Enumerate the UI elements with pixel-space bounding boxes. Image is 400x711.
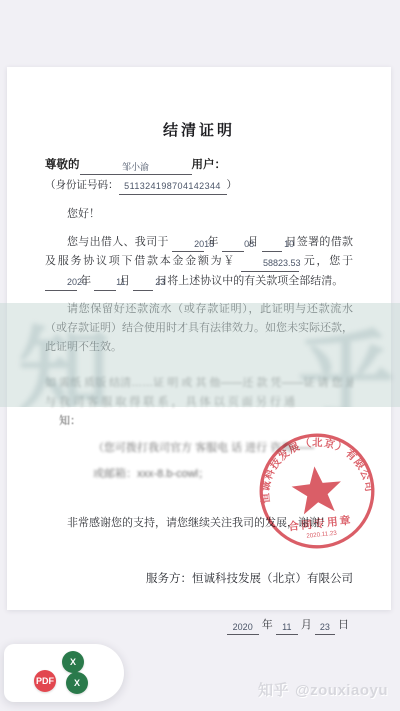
document-body: 结清证明 尊敬的邹小渝用户： （身份证号码：511324198704142344… xyxy=(7,67,391,635)
settle-year-blank: 2020 xyxy=(45,276,77,291)
date-year-blank: 2020 xyxy=(227,621,259,636)
service-provider-line: 服务方：恒诚科技发展（北京）有限公司 xyxy=(45,569,353,589)
floating-file-widget[interactable]: X PDF X xyxy=(4,644,124,702)
certificate-document: 结清证明 尊敬的邹小渝用户： （身份证号码：511324198704142344… xyxy=(7,67,391,610)
id-number-line: （身份证号码：511324198704142344） xyxy=(45,176,353,194)
id-number-blank: 511324198704142344 xyxy=(119,180,227,195)
closing-thanks: 非常感谢您的支持，请您继续关注我司的发展，谢谢！ xyxy=(45,514,353,533)
paragraph-legal-notice: 请您保留好还款流水（或存款证明），此证明与还款流水（或存款证明）结合使用时才具有… xyxy=(45,300,353,358)
greeting-prefix: 尊敬的 xyxy=(45,159,80,171)
zhihu-attribution: 知乎@zouxiaoyu xyxy=(258,679,388,700)
sign-month-blank: 08 xyxy=(222,238,244,253)
redacted-line-tail: 知： xyxy=(59,412,353,431)
id-label: （身份证号码： xyxy=(45,179,119,191)
year-unit: 年 xyxy=(80,275,91,287)
principal-amount-blank: 58823.53 xyxy=(241,257,299,272)
excel-file-icon[interactable]: X xyxy=(62,651,84,673)
paragraph-loan-settlement: 您与出借人、我司于 2018 年 08 月 10 日签署的借款及服务协议项下借款… xyxy=(45,233,353,291)
signature-date-line: 2020 年 11 月 23 日 xyxy=(45,616,353,635)
settle-month-blank: 11 xyxy=(94,276,116,291)
redacted-block: 如 需纸 质版 结清……证 明 或 其 他——还 款 凭——证 请 您 通 过 … xyxy=(45,374,353,484)
redacted-line: 如 需纸 质版 结清……证 明 或 其 他——还 款 凭——证 请 您 通 过 … xyxy=(45,374,353,393)
para1-text: 您与出借人、我司于 xyxy=(67,236,169,248)
month-unit: 月 xyxy=(247,236,258,248)
redacted-email-line: 或邮箱：xxx-8.b-cowl； xyxy=(93,465,353,484)
para1-text4: 日将上述协议中的有关款项全部结清。 xyxy=(156,275,343,287)
id-close: ） xyxy=(227,179,238,191)
greeting-line: 尊敬的邹小渝用户： xyxy=(45,155,353,175)
provider-label: 服务方： xyxy=(146,573,192,585)
settle-day-blank: 23 xyxy=(133,276,153,291)
date-month-blank: 11 xyxy=(276,621,298,636)
greeting-suffix: 用户： xyxy=(192,159,227,171)
provider-company: 恒诚科技发展（北京）有限公司 xyxy=(192,573,353,585)
document-title: 结清证明 xyxy=(45,67,353,144)
day-unit: 日 xyxy=(338,619,349,631)
excel-file-icon[interactable]: X xyxy=(66,672,88,694)
sign-day-blank: 10 xyxy=(262,238,282,253)
date-day-blank: 23 xyxy=(315,621,335,636)
year-unit: 年 xyxy=(207,236,218,248)
pdf-file-icon[interactable]: PDF xyxy=(34,670,56,692)
month-unit: 月 xyxy=(119,275,130,287)
para1-text3: 元，您于 xyxy=(304,255,353,267)
redacted-contact-line: （您可拨打我司官方 客服电 话 进行 咨询—— xyxy=(93,439,353,458)
user-name-blank: 邹小渝 xyxy=(80,161,192,176)
redacted-line: 与 我 司 客 服 取 得 联 系 ， 具 体 以 页 面 另 行 通 xyxy=(45,393,353,412)
author-handle: @zouxiaoyu xyxy=(295,682,388,699)
zhihu-brand: 知乎 xyxy=(258,682,289,699)
month-unit: 月 xyxy=(301,619,312,631)
sign-year-blank: 2018 xyxy=(172,238,204,253)
year-unit: 年 xyxy=(262,619,273,631)
salutation: 您好！ xyxy=(45,205,353,224)
